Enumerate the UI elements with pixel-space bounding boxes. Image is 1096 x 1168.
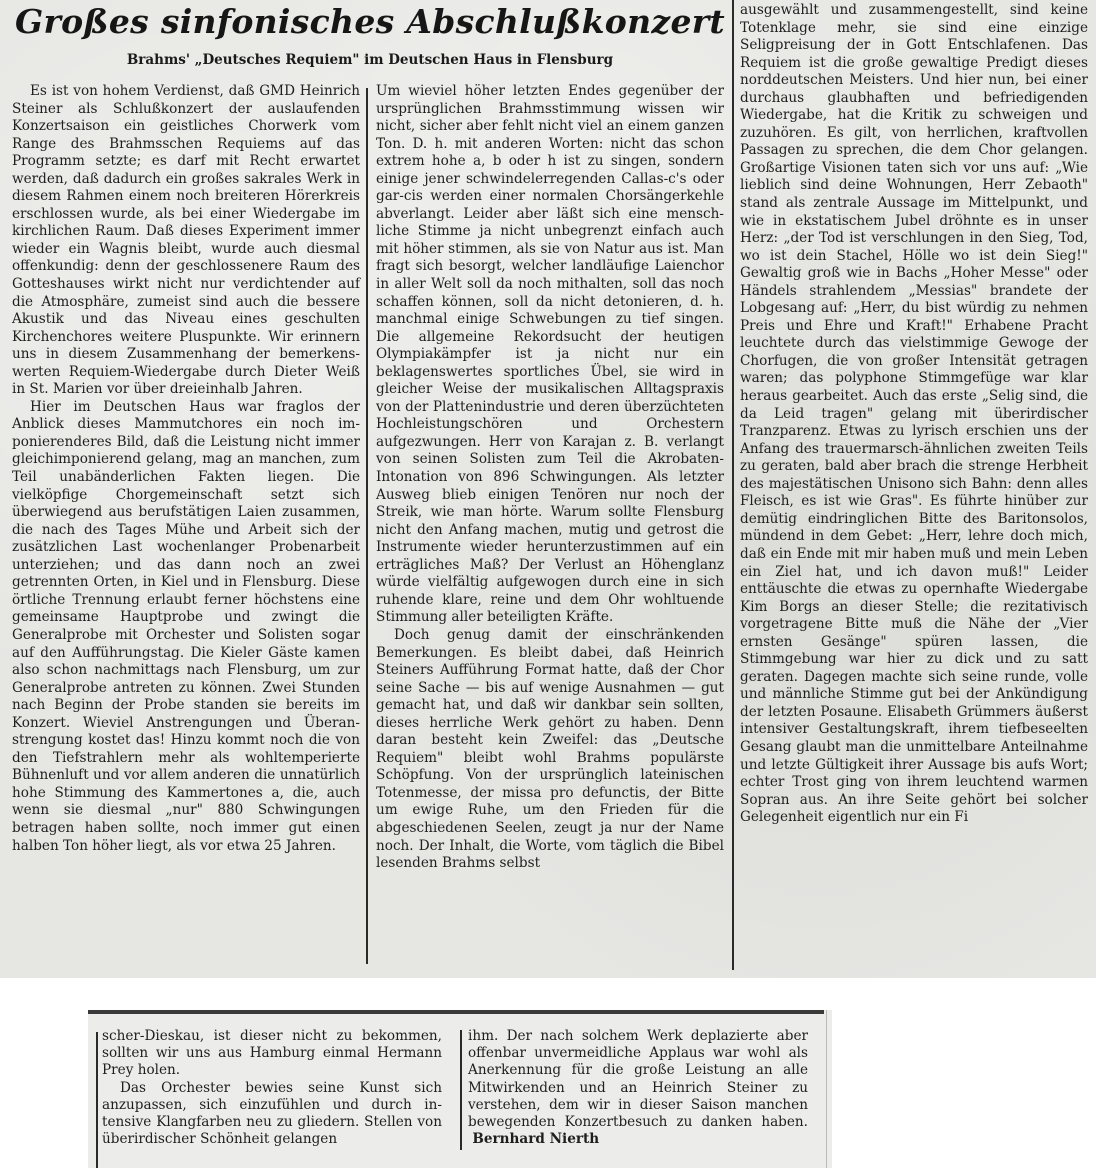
paragraph-text: ihm. Der nach solchem Werk deplazierte a… bbox=[468, 1028, 808, 1130]
column-divider bbox=[366, 88, 368, 964]
clip-edge bbox=[826, 1010, 827, 1168]
continuation-column-2: ihm. Der nach solchem Werk deplazierte a… bbox=[468, 1028, 808, 1148]
paragraph: Doch genug damit der einschränkenden Bem… bbox=[376, 627, 724, 873]
newspaper-clipping-continuation: scher-Dieskau, ist dieser nicht zu bekom… bbox=[88, 1010, 832, 1168]
paragraph: Das Orchester bewies seine Kunst sich an… bbox=[102, 1080, 442, 1149]
newspaper-clipping-main: Großes sinfonisches Abschlußkonzert Brah… bbox=[0, 0, 1096, 978]
column-divider bbox=[732, 0, 734, 970]
paragraph: ausgewählt und zusammengestellt, sind ke… bbox=[740, 2, 1088, 827]
paragraph: scher-Dieskau, ist dieser nicht zu bekom… bbox=[102, 1028, 442, 1080]
paragraph: Hier im Deutschen Haus war fraglos der A… bbox=[12, 399, 360, 855]
column-divider bbox=[460, 1030, 462, 1150]
author-signature: Bernhard Nierth bbox=[472, 1131, 599, 1147]
continuation-column-1: scher-Dieskau, ist dieser nicht zu bekom… bbox=[102, 1028, 442, 1148]
subheadline: Brahms' „Deutsches Requiem" im Deutschen… bbox=[0, 52, 740, 68]
column-divider bbox=[96, 1032, 98, 1168]
paragraph: ihm. Der nach solchem Werk deplazierte a… bbox=[468, 1028, 808, 1148]
article-column-2: Um wieviel höher letzten Endes gegenüber… bbox=[376, 83, 724, 873]
article-column-3: ausgewählt und zusammengestellt, sind ke… bbox=[740, 2, 1088, 827]
article-column-1: Es ist von hohem Verdienst, daß GMD Hein… bbox=[12, 83, 360, 855]
paragraph: Es ist von hohem Verdienst, daß GMD Hein… bbox=[12, 83, 360, 399]
paragraph: Um wieviel höher letzten Endes gegenüber… bbox=[376, 83, 724, 627]
headline: Großes sinfonisches Abschlußkonzert bbox=[0, 2, 740, 41]
top-rule bbox=[88, 1010, 824, 1014]
